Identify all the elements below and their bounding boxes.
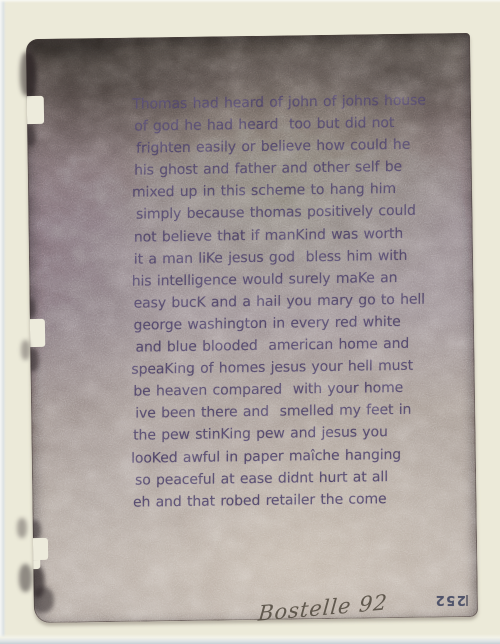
paper-edge-left xyxy=(0,0,6,644)
ink-smudge-margin xyxy=(17,518,27,538)
text-line: so peaceful at ease didnt hurt at all xyxy=(135,465,447,491)
text-line: eh and that robed retailer the come xyxy=(133,487,445,513)
left-edge-notch-step xyxy=(29,560,40,569)
text-line: his intelligence would surely maKe an xyxy=(132,266,444,292)
ink-smudge-margin xyxy=(21,340,30,360)
ink-smudge xyxy=(30,566,44,598)
ink-smudge xyxy=(32,587,54,613)
ink-smudge xyxy=(26,53,37,99)
paper-edge-top xyxy=(0,0,500,3)
artwork-photo: Thomas had heard of john of johns houseo… xyxy=(0,0,500,644)
edition-number: 252 xyxy=(429,592,471,607)
left-edge-notch xyxy=(29,538,48,560)
left-edge-notch xyxy=(26,96,44,124)
ink-smudge xyxy=(26,125,36,147)
left-edge-notch xyxy=(26,319,45,347)
ink-smudge xyxy=(28,38,118,59)
poem-text: Thomas had heard of john of johns houseo… xyxy=(133,89,446,513)
edition-tick-mark xyxy=(466,595,468,606)
ink-smudge xyxy=(27,348,38,372)
paper-edge-bottom xyxy=(0,634,500,644)
text-line: ive been there and smelled my feet in xyxy=(135,399,447,425)
text-line: Thomas had heard of john of johns house xyxy=(132,89,444,115)
ink-smudge xyxy=(27,298,36,318)
ink-smudge-margin xyxy=(19,564,32,592)
printed-plate: Thomas had heard of john of johns houseo… xyxy=(26,33,478,623)
text-line: simply because thomas positively could xyxy=(136,200,448,226)
text-line: frighten easily or believe how could he xyxy=(136,133,448,159)
text-line: speaKing of homes jesus your hell must xyxy=(131,354,443,380)
